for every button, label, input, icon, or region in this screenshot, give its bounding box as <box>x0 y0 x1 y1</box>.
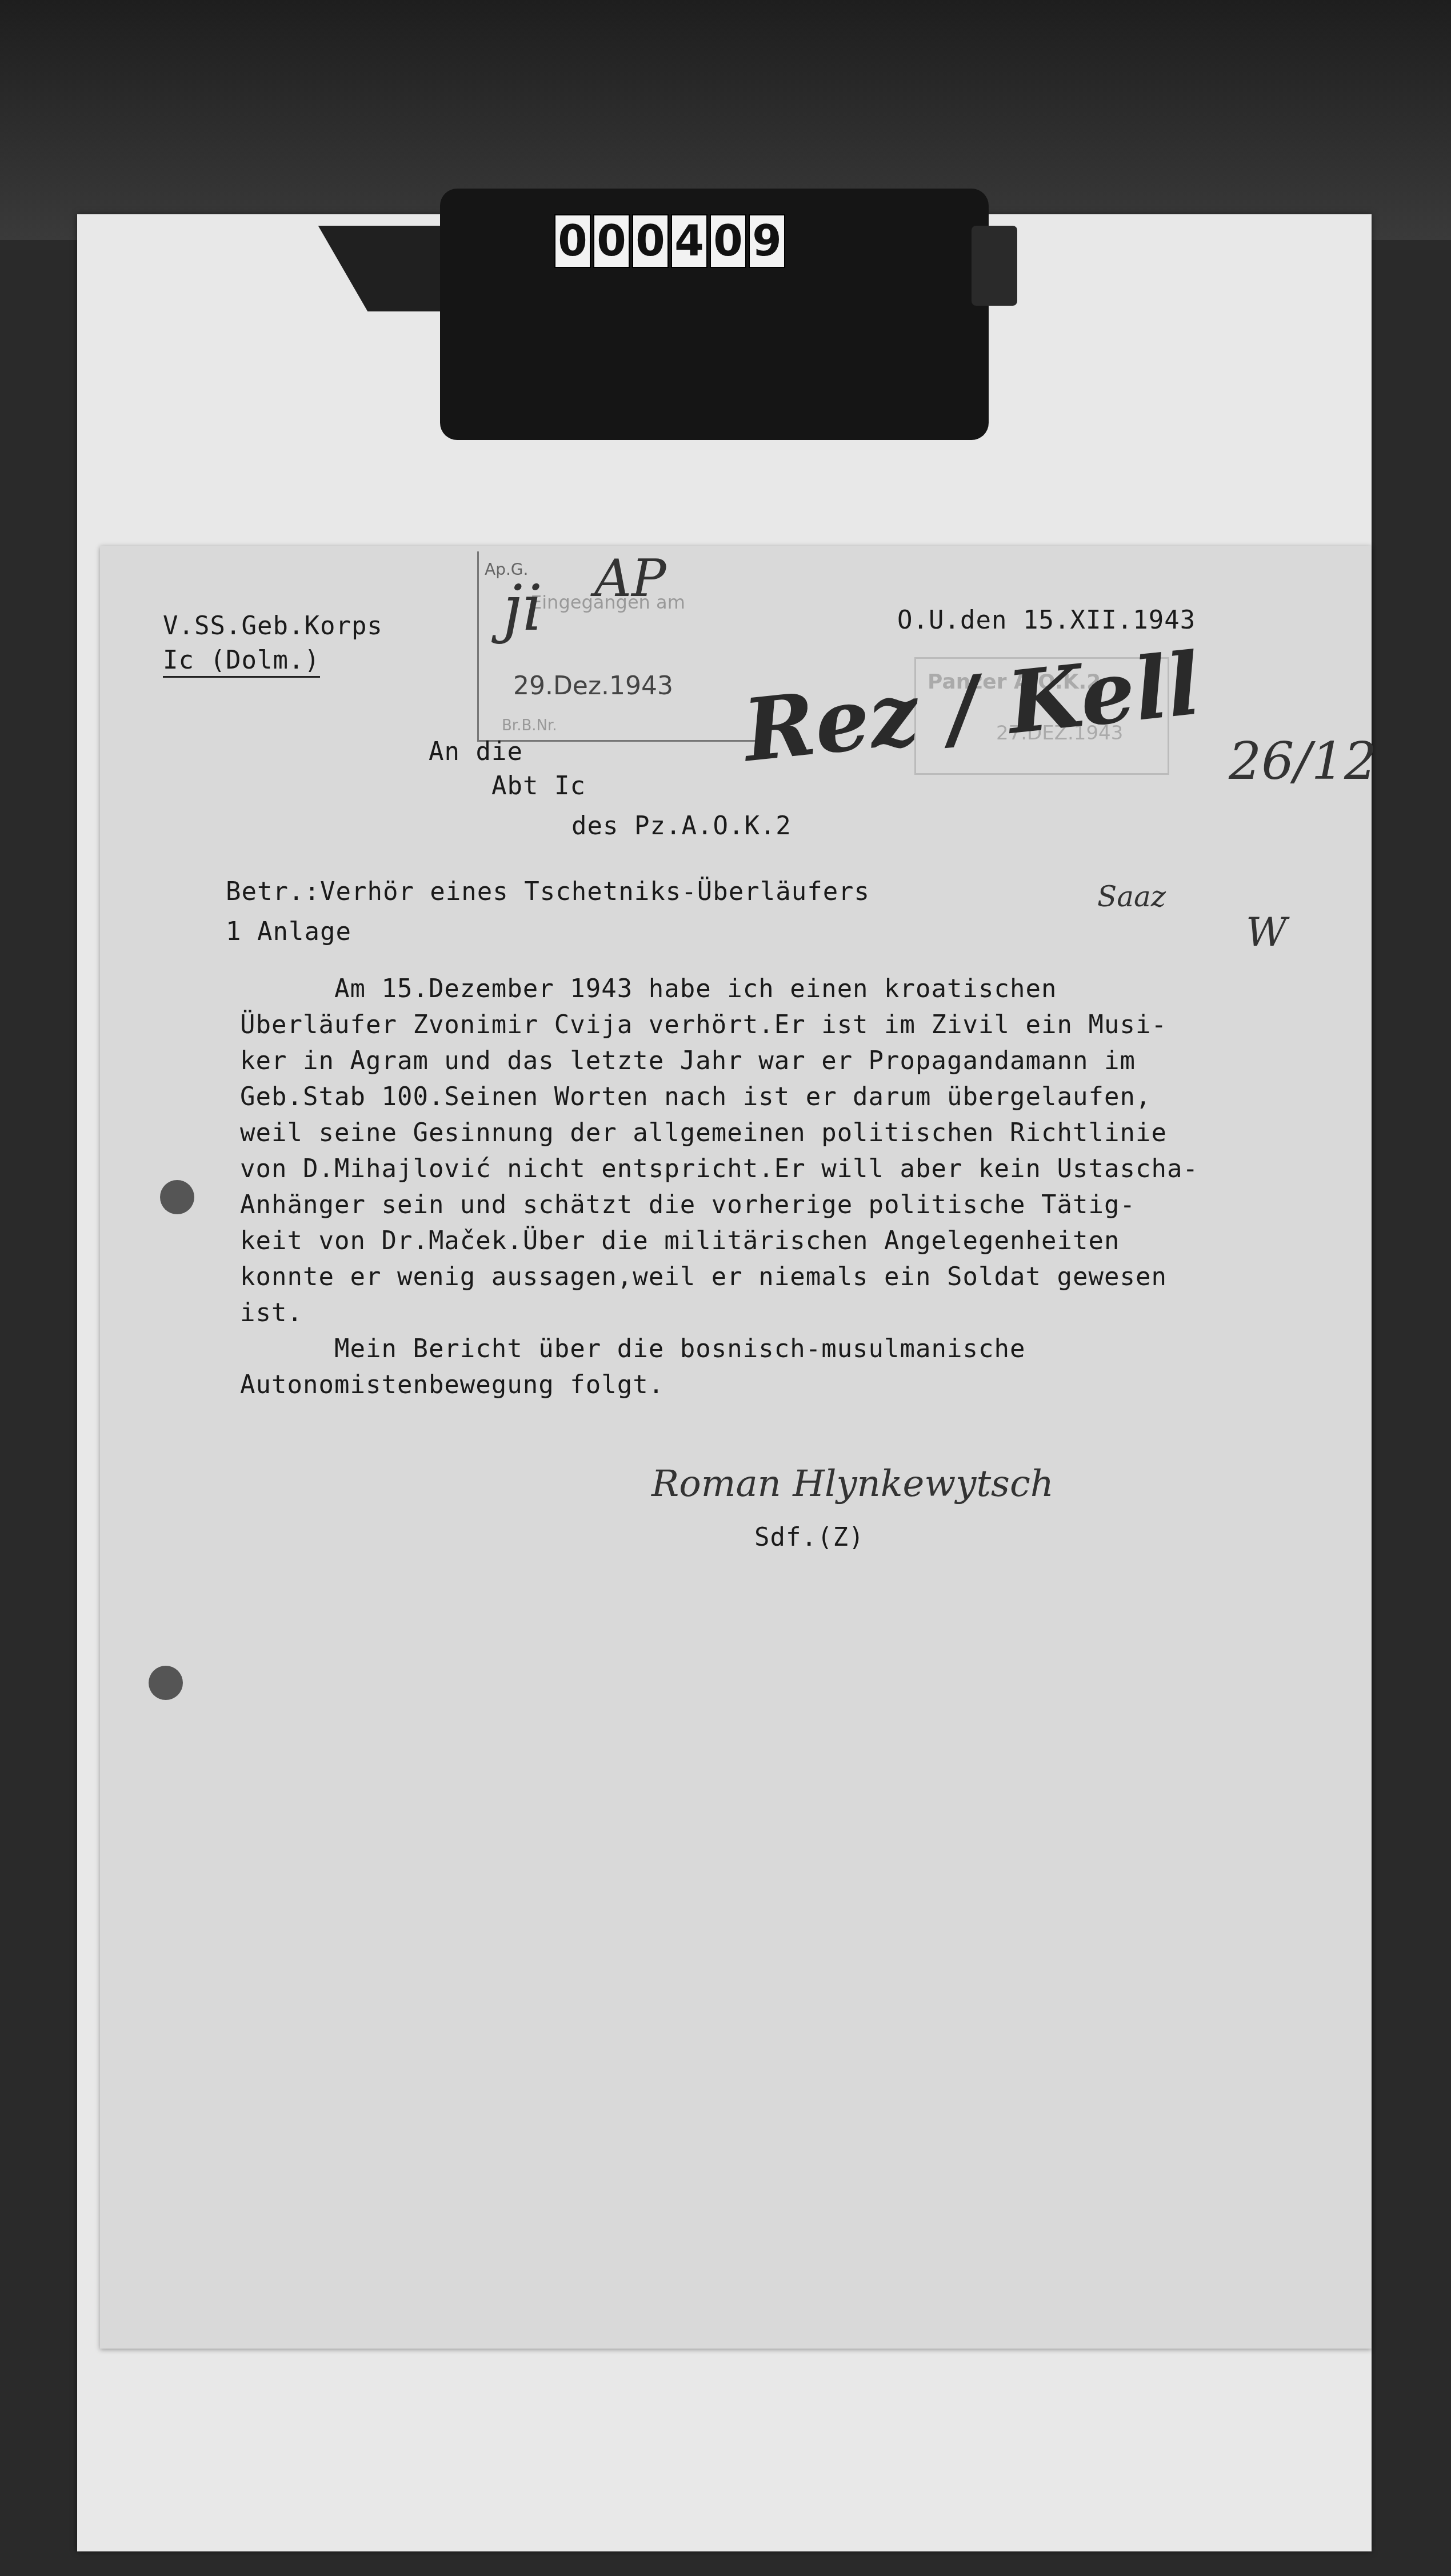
body-line: weil seine Gesinnung der allgemeinen pol… <box>240 1118 1269 1154</box>
counter-knob <box>972 226 1017 306</box>
counter-digit: 0 <box>554 214 591 268</box>
body-line: Geb.Stab 100.Seinen Worten nach ist er d… <box>240 1082 1269 1118</box>
body-line: Anhänger sein und schätzt die vorherige … <box>240 1190 1269 1226</box>
punch-hole <box>149 1666 183 1700</box>
counter-digits: 0 0 0 4 0 9 <box>554 214 785 268</box>
address-line-3: des Pz.A.O.K.2 <box>571 811 792 841</box>
counter-digit: 0 <box>710 214 746 268</box>
handwritten-date-note: 26/12 <box>1229 731 1377 791</box>
body-line: Am 15.Dezember 1943 habe ich einen kroat… <box>240 974 1269 1010</box>
receipt-date: 29.Dez.1943 <box>513 671 673 701</box>
address-line-1: An die <box>429 737 523 766</box>
signature: Roman Hlynkewytsch <box>651 1463 1054 1505</box>
signature-title: Sdf.(Z) <box>754 1523 864 1552</box>
handwritten-note-w: W <box>1246 909 1287 955</box>
handwritten-note-small: Saaz <box>1097 880 1166 913</box>
counter-digit: 4 <box>671 214 707 268</box>
counter-digit: 0 <box>632 214 669 268</box>
body-line: von D.Mihajlović nicht entspricht.Er wil… <box>240 1154 1269 1190</box>
sender-unit: V.SS.Geb.Korps <box>163 611 383 641</box>
handwritten-initials: ji <box>503 571 542 645</box>
body-line: Autonomistenbewegung folgt. <box>240 1370 1269 1406</box>
punch-hole <box>160 1180 194 1214</box>
counter-digit: 9 <box>749 214 785 268</box>
body-line: keit von Dr.Maček.Über die militärischen… <box>240 1226 1269 1262</box>
address-line-2: Abt Ic <box>491 771 586 801</box>
body-line: Mein Bericht über die bosnisch-musulmani… <box>240 1334 1269 1370</box>
enclosure-line: 1 Anlage <box>226 917 351 946</box>
body-line: ker in Agram und das letzte Jahr war er … <box>240 1046 1269 1082</box>
sender-department: Ic (Dolm.) <box>163 646 320 678</box>
body-line: ist. <box>240 1298 1269 1334</box>
body-line: konnte er wenig aussagen,weil er niemals… <box>240 1262 1269 1298</box>
document-date: O.U.den 15.XII.1943 <box>897 606 1196 635</box>
handwritten-ap: AP <box>594 549 666 609</box>
subject-line: Betr.:Verhör eines Tschetniks-Überläufer… <box>226 877 870 906</box>
body-line: Überläufer Zvonimir Cvija verhört.Er ist… <box>240 1010 1269 1046</box>
letter-body: Am 15.Dezember 1943 habe ich einen kroat… <box>240 974 1269 1406</box>
counter-digit: 0 <box>593 214 630 268</box>
